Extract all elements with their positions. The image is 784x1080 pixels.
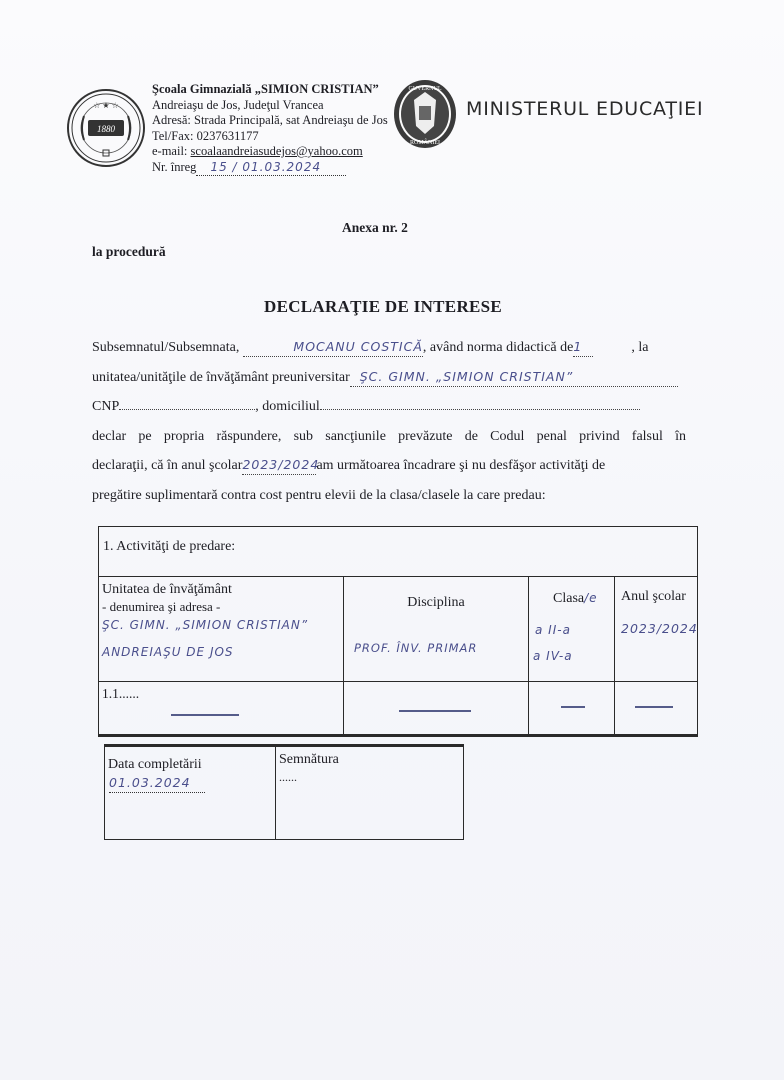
unit-field[interactable]: ŞC. GIMN. „SIMION CRISTIAN” — [350, 369, 678, 387]
date-label: Data completării — [105, 747, 275, 773]
text-norma: , având norma didactică de — [423, 340, 573, 355]
declaration-body: Subsemnatul/Subsemnata, MOCANU COSTICĂ, … — [92, 333, 686, 510]
registration-number: 15 / 01.03.2024 — [196, 160, 321, 174]
school-phone: Tel/Fax: 0237631177 — [152, 129, 388, 145]
empty-dash — [399, 710, 471, 712]
cnp-field[interactable] — [119, 409, 255, 410]
class-value-2: a IV-a — [533, 649, 573, 663]
date-cell: Data completării 01.03.2024 — [105, 747, 276, 839]
class-value-1: a II-a — [535, 623, 571, 637]
procedure-label: la procedură — [92, 244, 166, 260]
class-cell-empty — [529, 682, 615, 734]
class-suffix: /e — [584, 591, 597, 605]
unit-value-line1: ŞC. GIMN. „SIMION CRISTIAN” — [102, 617, 343, 634]
ministry-name: MINISTERUL EDUCAŢIEI — [466, 98, 703, 120]
email-label: e-mail: — [152, 144, 191, 158]
text-domiciliul: , domiciliul — [255, 399, 320, 414]
unit-value: ŞC. GIMN. „SIMION CRISTIAN” — [350, 369, 574, 384]
signature-cell: Semnătura ...... — [276, 747, 463, 839]
text-declaratii: declaraţii, că în anul şcolar — [92, 458, 242, 473]
school-year-header: Anul şcolar — [621, 589, 686, 605]
discipline-cell-empty — [344, 682, 529, 734]
signature-label: Semnătura — [276, 747, 463, 768]
text-la: , la — [631, 340, 648, 355]
svg-text:1880: 1880 — [97, 124, 116, 134]
registration-label: Nr. înreg — [152, 160, 196, 174]
document-page: ☆ ★ ☆ 1880 Şcoala Gimnazială „SIMION CRI… — [0, 0, 784, 1080]
date-field[interactable]: 01.03.2024 — [109, 775, 205, 793]
school-emblem-icon: ☆ ★ ☆ 1880 — [66, 88, 146, 168]
name-value: MOCANU COSTICĂ — [293, 339, 422, 354]
norm-field[interactable]: 1 — [573, 339, 593, 357]
school-locality: Andreiaşu de Jos, Judeţul Vrancea — [152, 98, 388, 114]
svg-text:GUVERNUL: GUVERNUL — [409, 86, 442, 92]
government-seal-icon: GUVERNUL ROMÂNIEI — [392, 78, 458, 150]
table-section-title: 1. Activităţi de predare: — [99, 527, 697, 577]
school-year-row-value: 2023/2024 — [621, 621, 698, 636]
school-name: Şcoala Gimnazială „SIMION CRISTIAN” — [152, 82, 388, 98]
discipline-header: Disciplina — [344, 595, 528, 611]
unit-value-line2: ANDREIAŞU DE JOS — [102, 644, 343, 661]
unit-cell: Unitatea de învăţământ - denumirea şi ad… — [99, 577, 344, 681]
school-year-cell: Anul şcolar 2023/2024 — [615, 577, 697, 681]
school-year-value: 2023/2024 — [242, 457, 319, 472]
discipline-cell: Disciplina PROF. ÎNV. PRIMAR — [344, 577, 529, 681]
text-declar: declar pe propria răspundere, sub sancţi… — [92, 422, 686, 452]
address-field[interactable] — [320, 409, 640, 410]
date-value: 01.03.2024 — [109, 775, 191, 790]
document-title: DECLARAŢIE DE INTERESE — [264, 297, 502, 317]
year-cell-empty — [615, 682, 697, 734]
school-email-link[interactable]: scoalaandreiasudejos@yahoo.com — [191, 144, 363, 158]
table-row: Unitatea de învăţământ - denumirea şi ad… — [99, 577, 697, 682]
unit-header-line1: Unitatea de învăţământ — [102, 581, 343, 598]
empty-dash — [171, 714, 239, 716]
class-header: Clasa — [553, 591, 584, 606]
row-number-label: 1.1...... — [99, 682, 343, 702]
empty-dash — [635, 706, 673, 708]
text-unitatea: unitatea/unităţile de învăţământ preuniv… — [92, 370, 350, 385]
table-row: 1.1...... — [99, 682, 697, 734]
school-info: Şcoala Gimnazială „SIMION CRISTIAN” Andr… — [152, 82, 388, 176]
svg-text:☆ ★ ☆: ☆ ★ ☆ — [93, 101, 119, 110]
annex-number: Anexa nr. 2 — [342, 220, 408, 236]
text-incadrare: am următoarea încadrare şi nu desfăşor a… — [316, 458, 605, 473]
empty-dash — [561, 706, 585, 708]
norm-value: 1 — [573, 339, 582, 354]
signature-table: Data completării 01.03.2024 Semnătura ..… — [104, 744, 464, 840]
text-subsemnatul: Subsemnatul/Subsemnata, — [92, 340, 243, 355]
text-cnp: CNP — [92, 399, 119, 414]
class-cell: Clasa/e a II-a a IV-a — [529, 577, 615, 681]
signature-field[interactable]: ...... — [276, 768, 463, 785]
unit-header-line2: - denumirea şi adresa - — [102, 598, 343, 615]
discipline-value: PROF. ÎNV. PRIMAR — [354, 641, 477, 655]
name-field[interactable]: MOCANU COSTICĂ — [243, 339, 423, 357]
teaching-activities-table: 1. Activităţi de predare: Unitatea de în… — [98, 526, 698, 737]
school-address: Adresă: Strada Principală, sat Andreiaşu… — [152, 113, 388, 129]
school-year-field[interactable]: 2023/2024 — [242, 457, 316, 475]
unit-cell-empty: 1.1...... — [99, 682, 344, 734]
svg-text:ROMÂNIEI: ROMÂNIEI — [410, 138, 440, 146]
text-pregatire: pregătire suplimentară contra cost pentr… — [92, 481, 686, 511]
